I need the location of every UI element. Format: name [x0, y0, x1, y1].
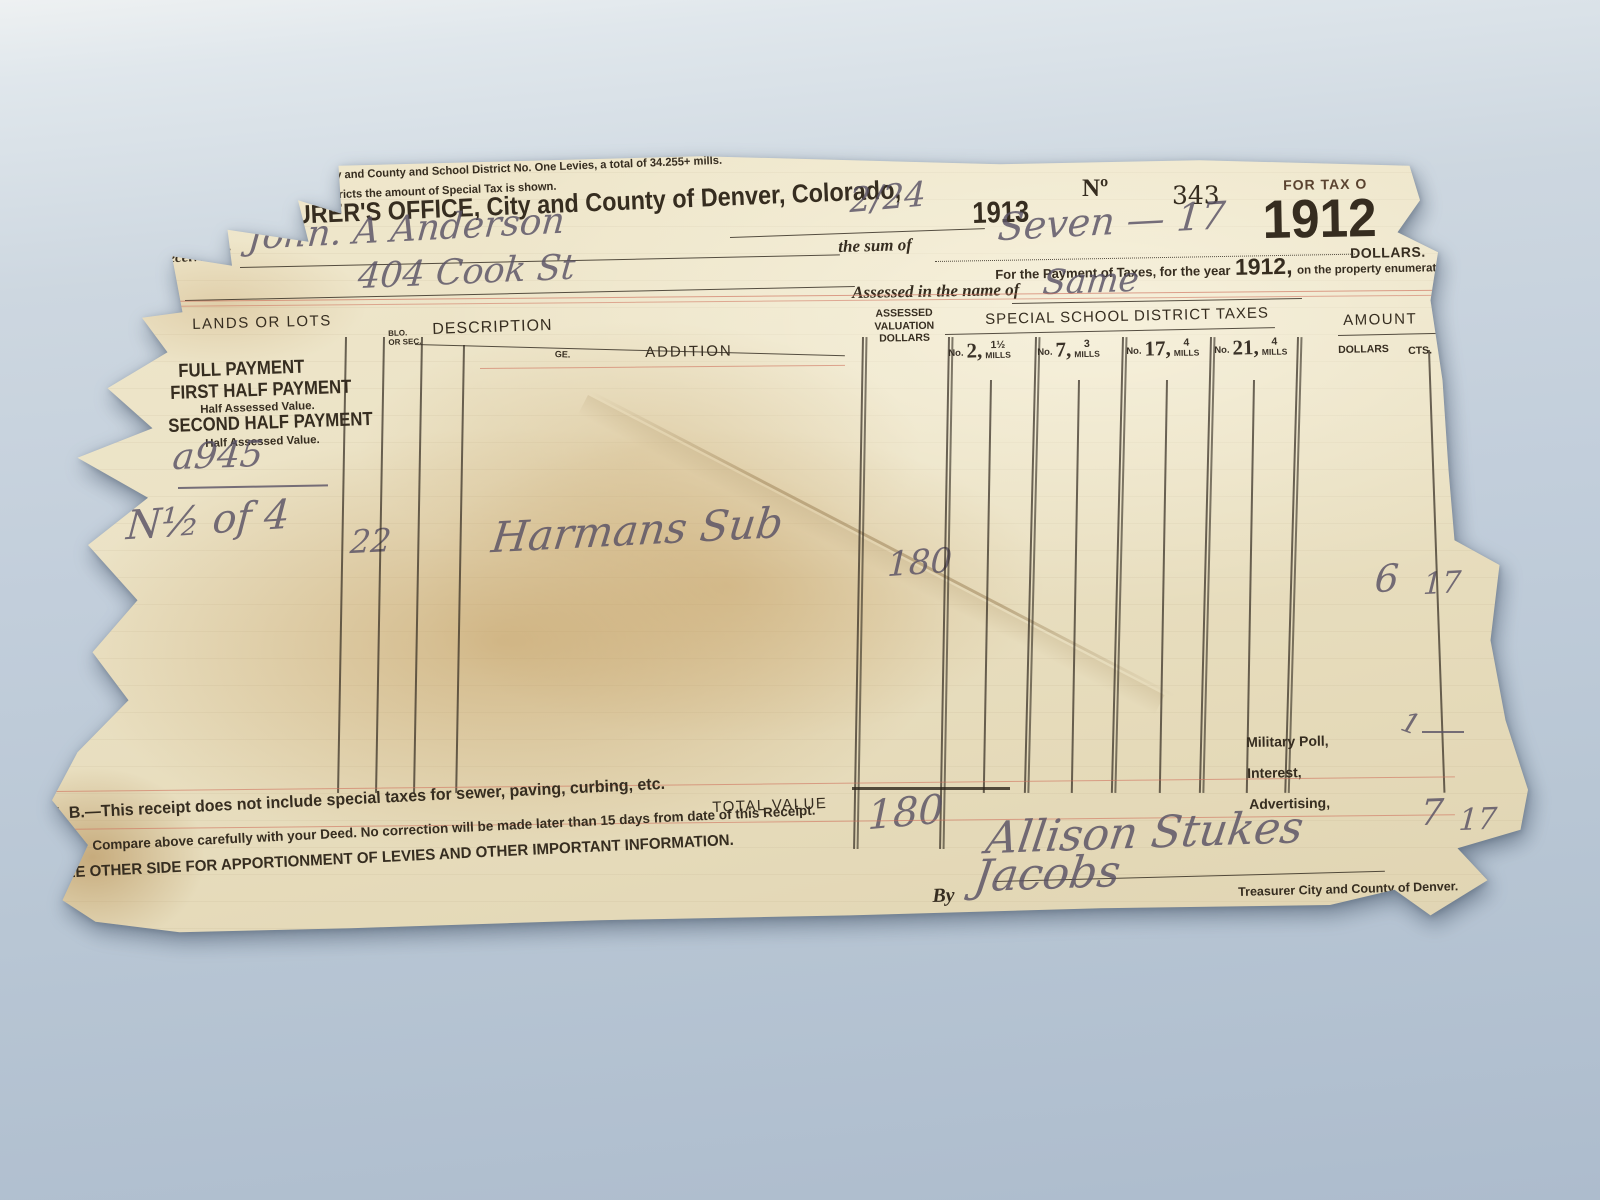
handwritten-sum: Seven — 17 — [996, 193, 1227, 249]
handwritten-amount-cents: 17 — [1422, 565, 1462, 602]
handwritten-block: 22 — [349, 521, 393, 561]
table-vline — [853, 337, 863, 849]
column-block-line1: BLO. — [388, 328, 407, 338]
by-label: By — [932, 884, 955, 908]
district-mills-label: MILLS — [1074, 349, 1100, 358]
table-vline — [1284, 337, 1298, 793]
district-no-label: No. — [948, 348, 964, 361]
column-lands-or-lots: LANDS OR LOTS — [192, 312, 332, 333]
table-vline — [1159, 380, 1168, 793]
district-number: 2, — [966, 341, 982, 360]
table-vline — [455, 345, 464, 793]
tax-receipt-document: erty is subject to State, City and Count… — [40, 145, 1540, 945]
address-label: dress — [140, 279, 168, 296]
second-half-payment-label: SECOND HALF PAYMENT — [168, 409, 373, 438]
column-fragment: GE. — [555, 349, 571, 360]
by-signature-line — [972, 913, 1242, 919]
column-description: DESCRIPTION — [432, 317, 553, 339]
handwritten-code-underline — [178, 484, 328, 489]
handwritten-poll-dash — [1422, 731, 1464, 733]
handwritten-lands: N½ of 4 — [125, 492, 291, 550]
table-vline — [413, 337, 422, 793]
column-dollars: DOLLARS — [1338, 343, 1389, 356]
handwritten-total-dollars: 7 — [1419, 792, 1445, 834]
military-poll-label: Military Poll, — [1246, 733, 1329, 750]
addition-red-rule — [480, 365, 845, 369]
sum-label: the sum of — [838, 235, 912, 257]
table-vline — [1111, 337, 1124, 793]
handwritten-poll-mark: 1 — [1397, 705, 1425, 742]
handwritten-addition: Harmans Sub — [489, 498, 786, 563]
paper-shadow: erty is subject to State, City and Count… — [0, 0, 1600, 1200]
district-column-no17: No. 17, 4MILLS — [1126, 337, 1199, 359]
table-vline — [1071, 380, 1080, 793]
treasurer-title-label: Treasurer City and County of Denver. — [1238, 879, 1458, 899]
payment-suffix: on the property enumerated below. — [1297, 261, 1488, 276]
handwritten-address: 404 Cook St — [356, 248, 577, 298]
table-vline — [1246, 380, 1255, 793]
district-number: 21, — [1232, 338, 1259, 357]
column-block-line2: OR SEC. — [388, 337, 421, 347]
handwritten-total-value: 180 — [867, 786, 944, 839]
district-no-label: No. — [1214, 345, 1230, 358]
description-underline — [415, 344, 845, 356]
original-stamp: ORIGINAL — [17, 188, 64, 425]
district-column-no21: No. 21, 4MILLS — [1214, 336, 1287, 358]
handwritten-code: a945 — [171, 434, 265, 478]
table-vline — [1199, 337, 1212, 793]
district-mills-label: MILLS — [1262, 347, 1288, 356]
table-vline — [375, 337, 384, 793]
levy-notice-line1: erty is subject to State, City and Count… — [195, 155, 722, 187]
column-amount: AMOUNT — [1343, 310, 1417, 329]
district-column-no7: No. 7, 3MILLS — [1037, 339, 1100, 360]
by-signature: Jacobs — [971, 846, 1124, 902]
district-no-label: No. — [1126, 346, 1142, 359]
district-number: 7, — [1055, 340, 1071, 359]
handwritten-total-cents: 17 — [1458, 802, 1499, 838]
district-column-no2: No. 2, 1½MILLS — [948, 340, 1011, 361]
table-vline — [983, 380, 992, 793]
handwritten-amount-dollars: 6 — [1374, 556, 1400, 601]
payment-year: 1912, — [1235, 253, 1293, 280]
district-mills-label: MILLS — [985, 350, 1011, 359]
tax-year-large: 1912 — [1262, 187, 1377, 251]
photo-backdrop: erty is subject to State, City and Count… — [0, 0, 1600, 1200]
received-label: Received of — [158, 247, 230, 268]
amount-underline — [1338, 332, 1473, 336]
special-taxes-underline — [945, 327, 1275, 335]
column-special-taxes: SPECIAL SCHOOL DISTRICT TAXES — [985, 305, 1269, 328]
district-no-label: No. — [1037, 347, 1053, 360]
district-mills-label: MILLS — [1174, 348, 1200, 357]
column-addition: ADDITION — [645, 342, 733, 361]
column-assessed-valuation: ASSESSED VALUATION DOLLARS — [860, 306, 949, 345]
table-vline — [1024, 337, 1037, 793]
table-vline — [337, 337, 346, 793]
handwritten-date: 2/24 — [849, 174, 926, 221]
district-number: 17, — [1144, 339, 1171, 358]
